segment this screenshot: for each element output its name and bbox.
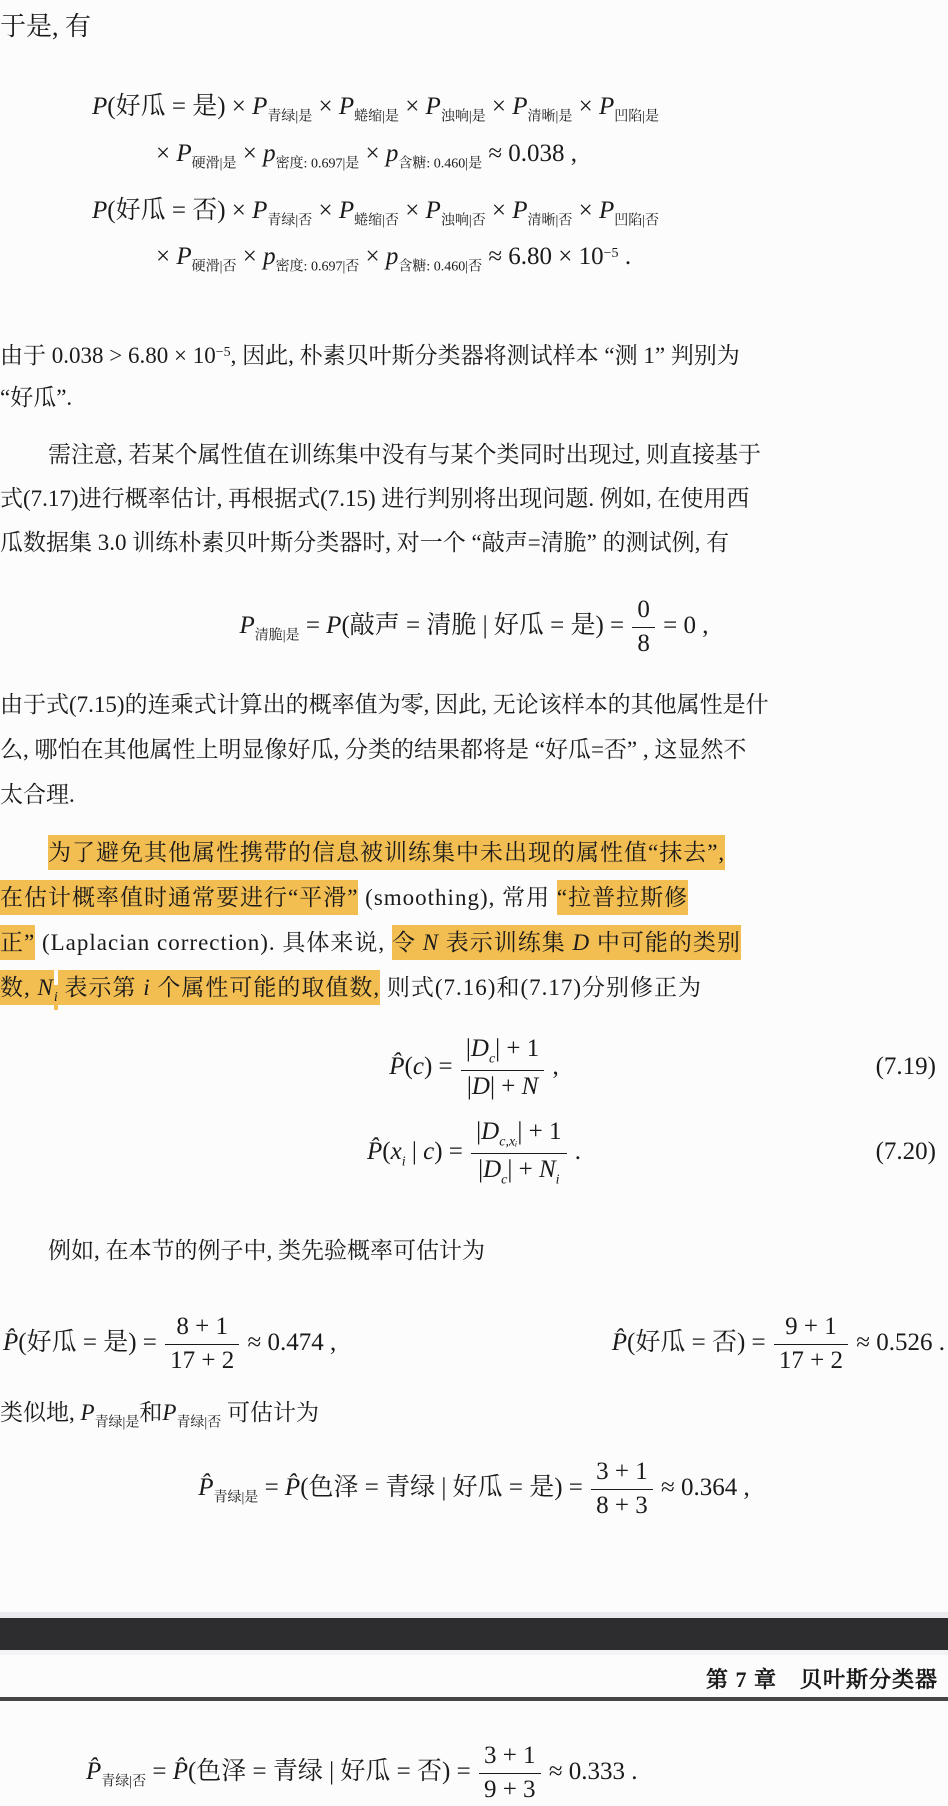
formula-prior-no: P̂(好瓜 = 否) = 9 + 117 + 2 ≈ 0.526 . <box>612 1300 945 1386</box>
para-highlight-line3: 正” (Laplacian correction). 具体来说, 令 N 表示训… <box>0 920 948 965</box>
scanned-textbook-page: 于是, 有 P(好瓜 = 是) × P青绿|是 × P蜷缩|是 × P浊响|是 … <box>0 0 948 1806</box>
para-zero-line2: 么, 哪怕在其他属性上明显像好瓜, 分类的结果都将是 “好瓜=否” , 这显然不 <box>0 727 948 772</box>
formula-product-yes-line1: P(好瓜 = 是) × P青绿|是 × P蜷缩|是 × P浊响|是 × P清晰|… <box>92 86 659 125</box>
equation-7-20-body: P̂(xi | c) = |Dc,xᵢ| + 1|Dc| + Ni . <box>367 1138 581 1165</box>
para-note-line3: 瓜数据集 3.0 训练朴素贝叶斯分类器时, 对一个 “敲声=清脆” 的测试例, … <box>0 520 948 565</box>
para-highlight-line1: 为了避免其他属性携带的信息被训练集中未出现的属性值“抹去”, <box>0 830 948 875</box>
para-highlight-line4: 数, Ni 表示第 i 个属性可能的取值数, 则式(7.16)和(7.17)分别… <box>0 965 948 1020</box>
formula-qinglv-yes: P̂青绿|是 = P̂(色泽 = 青绿 | 好瓜 = 是) = 3 + 18 +… <box>0 1448 948 1528</box>
para-conclusion-line2: “好瓜”. <box>0 375 948 420</box>
formula-product-yes-line2: × P硬滑|是 × p密度: 0.697|是 × p含糖: 0.460|是 ≈ … <box>156 140 577 172</box>
para-zero-line3: 太合理. <box>0 772 948 817</box>
para-zero-line1: 由于式(7.15)的连乘式计算出的概率值为零, 因此, 无论该样本的其他属性是什 <box>0 682 948 727</box>
formula-product-no-line2: × P硬滑|否 × p密度: 0.697|否 × p含糖: 0.460|否 ≈ … <box>156 243 631 275</box>
para-note-line2: 式(7.17)进行概率估计, 再根据式(7.15) 进行判别将出现问题. 例如,… <box>0 476 948 521</box>
equation-7-20: P̂(xi | c) = |Dc,xᵢ| + 1|Dc| + Ni . (7.2… <box>0 1112 948 1192</box>
formula-qinglv-no: P̂青绿|否 = P̂(色泽 = 青绿 | 好瓜 = 否) = 3 + 19 +… <box>86 1738 638 1806</box>
formula-product-no-line1: P(好瓜 = 否) × P青绿|否 × P蜷缩|否 × P浊响|否 × P清晰|… <box>92 190 659 229</box>
intro-text: 于是, 有 <box>0 4 948 49</box>
equation-7-19-body: P̂(c) = |Dc| + 1|D| + N , <box>389 1053 559 1080</box>
para-note-line1: 需注意, 若某个属性值在训练集中没有与某个类同时出现过, 则直接基于 <box>0 432 948 477</box>
equation-7-20-number: (7.20) <box>876 1112 936 1192</box>
page-edge-dark-bar <box>0 1618 948 1650</box>
equation-7-19: P̂(c) = |Dc| + 1|D| + N , (7.19) <box>0 1030 948 1104</box>
formula-prior-row: P̂(好瓜 = 是) = 8 + 117 + 2 ≈ 0.474 , P̂(好瓜… <box>0 1300 948 1386</box>
para-example: 例如, 在本节的例子中, 类先验概率可估计为 <box>0 1228 948 1273</box>
chapter-header: 第 7 章 贝叶斯分类器 <box>706 1663 938 1694</box>
para-highlight-line2: 在估计概率值时通常要进行“平滑” (smoothing), 常用 “拉普拉斯修 <box>0 875 948 920</box>
chapter-header-rule <box>0 1697 948 1701</box>
para-similar: 类似地, P青绿|是和P青绿|否 可估计为 <box>0 1390 948 1445</box>
para-conclusion-line1: 由于 0.038 > 6.80 × 10−5, 因此, 朴素贝叶斯分类器将测试样… <box>0 330 948 378</box>
formula-qingcui: P清脆|是 = P(敲声 = 清脆 | 好瓜 = 是) = 08 = 0 , <box>0 596 948 659</box>
page-edge-lower-strip <box>0 1650 948 1655</box>
equation-7-19-number: (7.19) <box>876 1030 936 1104</box>
formula-prior-yes: P̂(好瓜 = 是) = 8 + 117 + 2 ≈ 0.474 , <box>3 1300 336 1386</box>
